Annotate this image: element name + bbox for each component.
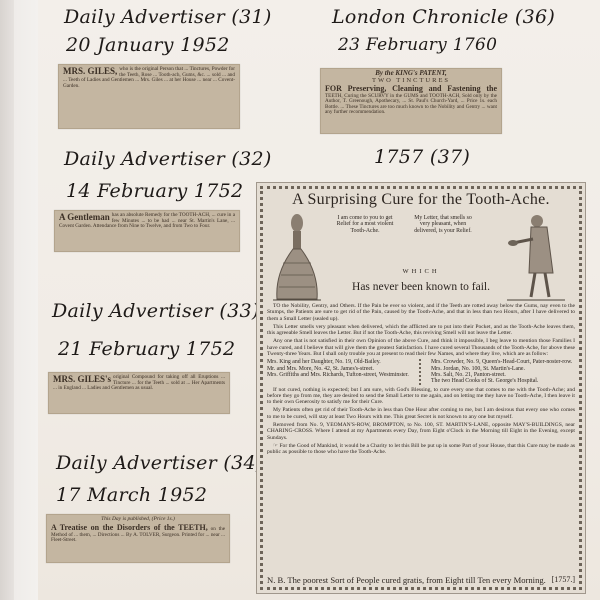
- entry-32-source: Daily Advertiser (32): [64, 148, 272, 170]
- handbill-tooth-ache: A Surprising Cure for the Tooth-Ache. I …: [256, 182, 586, 594]
- handbill-nb: N. B. The poorest Sort of People cured g…: [267, 575, 546, 585]
- handbill-never-failed: Has never been known to fail.: [267, 281, 575, 293]
- speech-left: I am come to you to get Relief for a mos…: [331, 215, 399, 234]
- entry-36-source: London Chronicle (36): [332, 6, 555, 28]
- patient-entry: The two Head Cooks of St. George's Hospi…: [431, 378, 575, 384]
- speech-right: My Letter, that smells so very pleasant,…: [411, 215, 475, 234]
- handbill-paragraph: My Patients often get rid of their Tooth…: [267, 407, 575, 420]
- entry-34-date: 17 March 1952: [56, 484, 207, 506]
- patients-list: Mrs. King and her Daughter, No. 19, Old-…: [267, 359, 575, 384]
- patient-entry: Mrs. Griffiths and Mrs. Richards, Tufton…: [267, 372, 411, 378]
- entry-33-source: Daily Advertiser (33): [52, 300, 260, 322]
- clipping-36-text: TEETH, Curing the SCURVY in the GUMS and…: [325, 93, 497, 116]
- entry-31-date: 20 January 1952: [66, 34, 230, 56]
- clipping-33-lead: MRS. GILES's: [53, 375, 111, 384]
- column-divider: [419, 359, 423, 384]
- entry-36-date: 23 February 1760: [338, 34, 497, 56]
- clipping-31: MRS. GILES,who is the original Person th…: [58, 64, 240, 129]
- clipping-33: MRS. GILES'soriginal Compound for taking…: [48, 372, 230, 414]
- clipping-32: A Gentlemanhas an absolute Remedy for th…: [54, 210, 240, 252]
- clipping-31-lead: MRS. GILES,: [63, 67, 117, 76]
- entry-32-date: 14 February 1752: [66, 180, 243, 202]
- clipping-34-header: This Day is published, (Price 1s.): [47, 515, 229, 523]
- handbill-title: A Surprising Cure for the Tooth-Ache.: [267, 191, 575, 209]
- entry-33-date: 21 February 1752: [58, 338, 235, 360]
- handbill-body: TO the Nobility, Gentry, and Others. If …: [267, 303, 575, 458]
- clipping-36-header: By the KING's PATENT,: [321, 69, 501, 77]
- clipping-36: By the KING's PATENT, TWO TINCTURES FOR …: [320, 68, 502, 134]
- album-binding: [0, 0, 14, 600]
- entry-34-source: Daily Advertiser (34): [56, 452, 264, 474]
- handbill-paragraph: Any one that is not satisfied in their o…: [267, 338, 575, 357]
- entry-37-source: 1757 (37): [374, 146, 470, 168]
- entry-31-source: Daily Advertiser (31): [64, 6, 272, 28]
- handbill-paragraph: Removed from No. 9, YEOMAN'S-ROW, BROMPT…: [267, 422, 575, 441]
- handbill-footer: N. B. The poorest Sort of People cured g…: [267, 575, 575, 585]
- handbill-year: [1757.]: [552, 575, 575, 585]
- clipping-36-subheader: TWO TINCTURES: [321, 77, 501, 84]
- clipping-32-lead: A Gentleman: [59, 213, 110, 222]
- handbill-paragraph: ☞ For the Good of Mankind, it would be a…: [267, 443, 575, 456]
- clipping-34: This Day is published, (Price 1s.) A Tre…: [46, 514, 230, 563]
- album-gutter: [14, 0, 38, 600]
- handbill-paragraph: If not cured, nothing is expected; but I…: [267, 387, 575, 406]
- handbill-paragraph: This Letter smells very pleasant when de…: [267, 324, 575, 337]
- patient-entry: Mrs. Crowder, No. 9, Queen's-Head-Court,…: [431, 359, 575, 365]
- handbill-paragraph: TO the Nobility, Gentry, and Others. If …: [267, 303, 575, 322]
- handbill-which: WHICH: [267, 268, 575, 275]
